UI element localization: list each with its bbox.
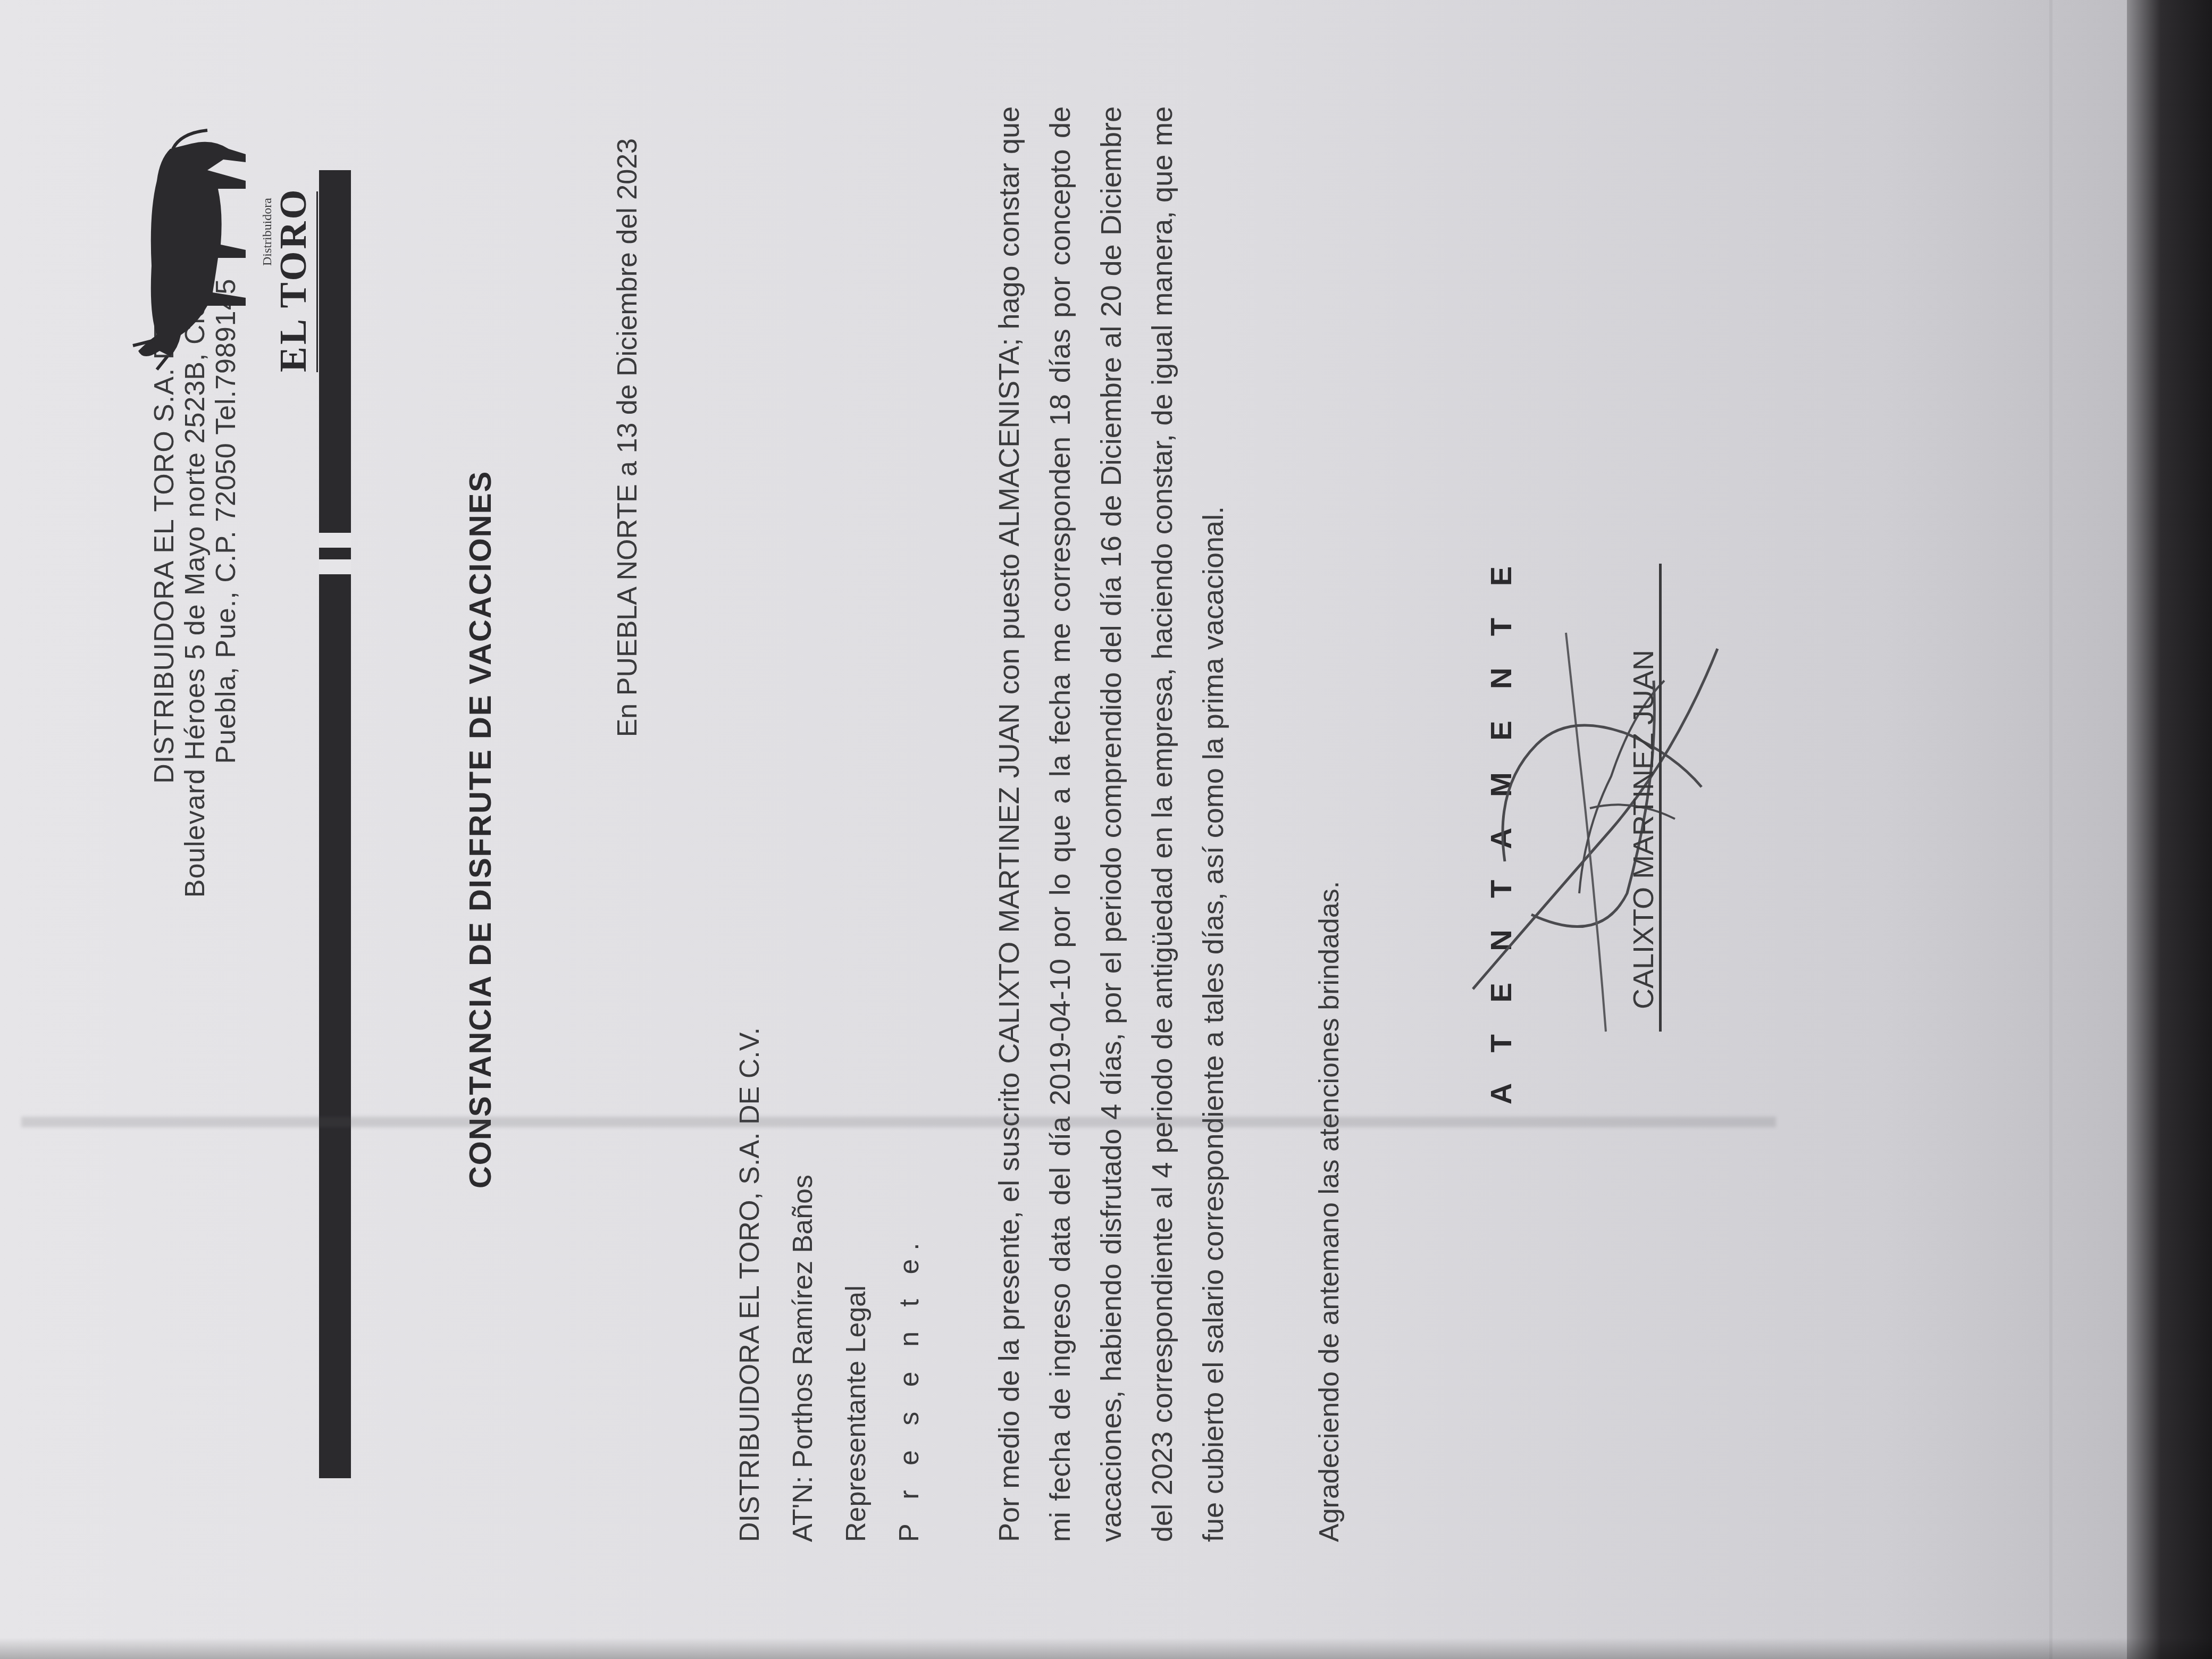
document-title: CONSTANCIA DE DISFRUTE DE VACACIONES (463, 0, 498, 1659)
document-page: DISTRIBUIDORA EL TORO S.A. DE C.V. Boule… (21, 0, 2148, 1659)
bottom-shadow (0, 1638, 2212, 1659)
addressee-role: Representante Legal (829, 1027, 883, 1542)
body-paragraph: Por medio de la presente, el suscrito CA… (984, 106, 1239, 1542)
signer-name: CALIXTO MARTINEZ JUAN (1627, 0, 1660, 1659)
closing-line: Agradeciendo de antemano las atenciones … (1313, 881, 1345, 1542)
signature-block: A T E N T A M E N T E CALIXTO MARTINEZ J… (1484, 0, 1518, 1659)
addressee-presente: P r e s e n t e. (883, 1027, 936, 1542)
bull-icon (128, 128, 250, 372)
band-gap (319, 559, 351, 574)
band-gap (319, 533, 351, 548)
logo-brand: EL TORO (271, 188, 315, 373)
letterhead-band (319, 170, 351, 1478)
addressee-company: DISTRIBUIDORA EL TORO, S.A. DE C.V. (723, 1027, 776, 1542)
addressee-block: DISTRIBUIDORA EL TORO, S.A. DE C.V. AT'N… (723, 1027, 936, 1542)
fold-smudge (21, 1117, 1776, 1127)
addressee-attention: AT'N: Porthos Ramírez Baños (776, 1027, 829, 1542)
logo-underline (316, 191, 318, 372)
place-date: En PUEBLA NORTE a 13 de Diciembre del 20… (611, 138, 643, 737)
handwritten-signature (1452, 617, 1728, 1053)
letterhead: DISTRIBUIDORA EL TORO S.A. DE C.V. Boule… (106, 96, 330, 1563)
